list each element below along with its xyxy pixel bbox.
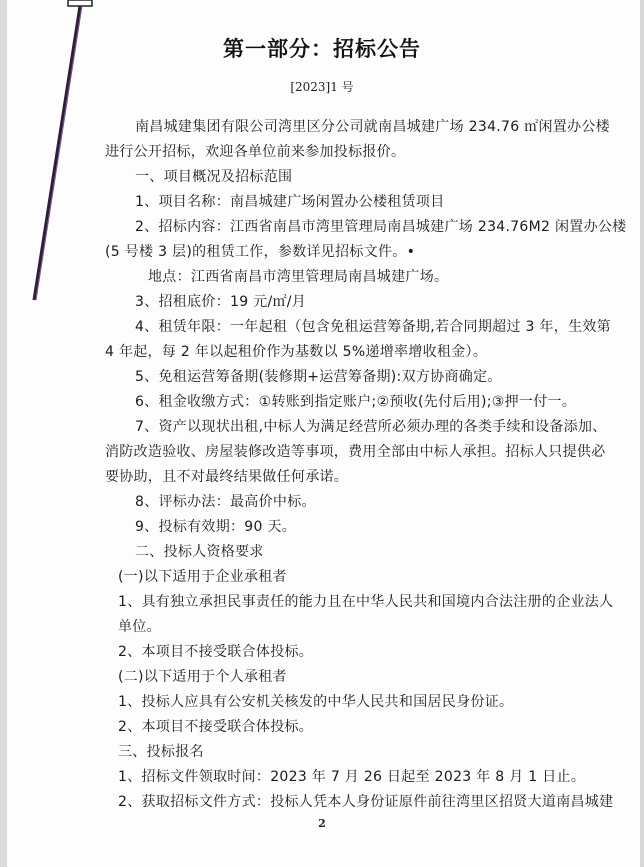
document-line: 3、招租底价：19 元/㎡/月 [135,291,306,311]
document-line: 2、招标内容：江西省南昌市湾里管理局南昌城建广场 234.76M2 闲置办公楼 [135,216,626,236]
document-line: 2、本项目不接受联合体投标。 [118,641,313,661]
document-line: 6、租金收缴方式：①转账到指定账户;②预收(先付后用);③押一付一。 [135,391,576,411]
document-line: 8、评标办法：最高价中标。 [135,491,316,511]
document-line: 一、项目概况及招标范围 [135,166,292,186]
document-line: 1、投标人应具有公安机关核发的中华人民共和国居民身份证。 [118,691,513,711]
document-line: 1、招标文件领取时间：2023 年 7 月 26 日起至 2023 年 8 月 … [118,766,585,786]
document-line: (一)以下适用于企业承租者 [118,566,287,586]
document-line: 单位。 [118,616,161,636]
document-line: 三、投标报名 [118,741,204,761]
document-line: 进行公开招标，欢迎各单位前来参加投标报价。 [105,141,405,161]
document-number: [2023]1 号 [0,78,644,95]
document-title: 第一部分：招标公告 [0,33,644,63]
document-line: 2、获取招标文件方式：投标人凭本人身份证原件前往湾里区招贤大道南昌城建 [118,791,613,811]
document-line: 7、资产以现状出租,中标人为满足经营所必须办理的各类手续和设备添加、 [135,416,607,436]
document-line: 南昌城建集团有限公司湾里区分公司就南昌城建广场 234.76 ㎡闲置办公楼 [135,116,610,136]
page-number: 2 [0,817,644,830]
document-line: (二)以下适用于个人承租者 [118,666,287,686]
document-line: 二、投标人资格要求 [135,541,264,561]
document-line: 1、项目名称：南昌城建广场闲置办公楼租赁项目 [135,191,445,211]
document-line: 4 年起，每 2 年以起租价作为基数以 5%递增率增收租金）。 [105,341,487,361]
document-line: 5、免租运营筹备期(装修期+运营筹备期):双方协商确定。 [135,366,502,386]
document-line: 消防改造验收、房屋装修改造等事项，费用全部由中标人承担。招标人只提供必 [105,441,606,461]
document-line: 9、投标有效期：90 天。 [135,516,296,536]
document-line: 要协助，且不对最终结果做任何承诺。 [105,466,348,486]
scan-border-right [640,0,644,867]
document-line: 1、具有独立承担民事责任的能力且在中华人民共和国境内合法注册的企业法人 [118,591,613,611]
document-line: (5 号楼 3 层)的租赁工作，参数详见招标文件。• [105,241,415,261]
document-line: 地点：江西省南昌市湾里管理局南昌城建广场。 [148,266,448,286]
document-line: 4、租赁年限：一年起租（包含免租运营筹备期,若合同期超过 3 年，生效第 [135,316,611,336]
document-line: 2、本项目不接受联合体投标。 [118,716,313,736]
